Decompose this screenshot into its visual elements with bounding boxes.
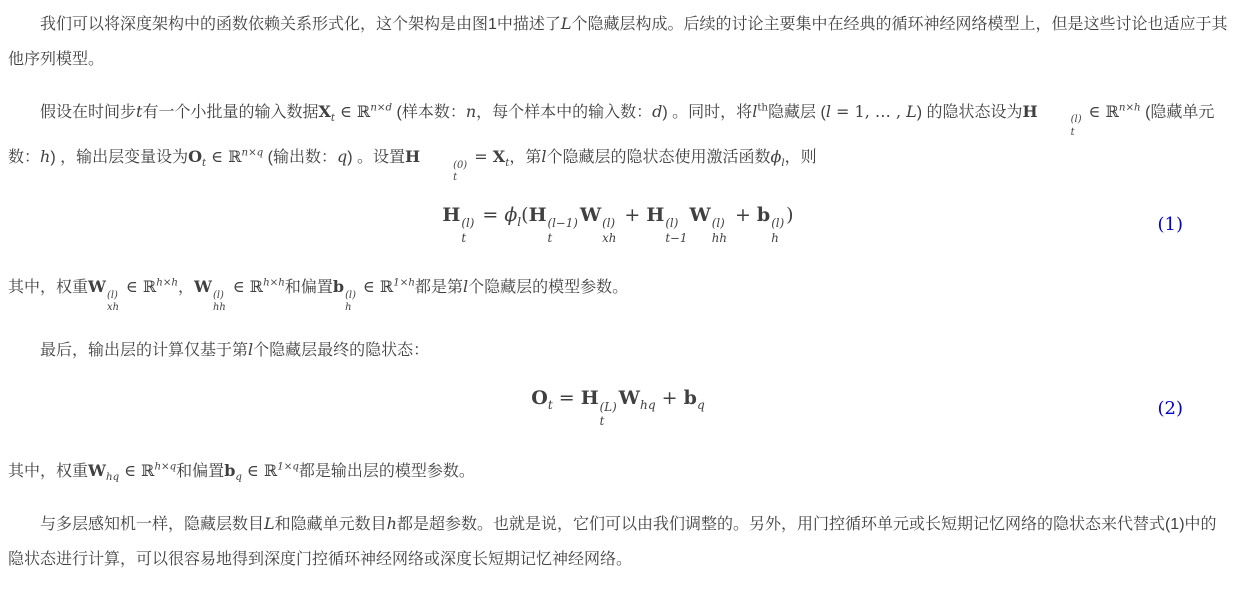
text-run: 假设在时间步 — [40, 104, 136, 121]
math-symbol-run: ℝh×h — [143, 277, 178, 296]
math-symbol-run: ℝn×h — [1106, 102, 1141, 121]
math-base: W — [194, 277, 212, 296]
math-subscript: h — [345, 302, 351, 314]
text-run: 个隐藏层最终的隐状态： — [253, 342, 429, 359]
math-scripts: (L)t — [600, 400, 617, 429]
math-bold-run: H(0)t — [405, 147, 469, 166]
math-symbol-run: = — [469, 147, 493, 166]
math-base: ℝ — [264, 461, 277, 480]
text-run: 其中，权重 — [8, 279, 88, 296]
math-subscript: t — [548, 231, 553, 246]
equation-1-number-link[interactable]: (1) — [1158, 216, 1184, 236]
math-base: ∈ — [121, 277, 143, 296]
math-base: ℝ — [1106, 102, 1119, 121]
math-base: h — [40, 147, 50, 166]
math-subscript: q — [697, 398, 705, 412]
math-symbol-run: ∈ — [121, 277, 143, 296]
math-base: ∈ — [335, 102, 357, 121]
math-subscript: xh — [107, 302, 119, 314]
math-symbol-run: ∈ — [1084, 102, 1106, 121]
math-base: L — [264, 514, 275, 533]
math-base: + — [729, 204, 757, 226]
math-base: W — [88, 461, 106, 480]
math-base: n — [466, 102, 476, 121]
math-base: ∈ — [1084, 102, 1106, 121]
math-bold-run: Ot — [531, 387, 552, 409]
math-symbol-run: + — [618, 204, 646, 226]
text-run: 与多层感知机一样，隐藏层数目 — [40, 516, 264, 533]
paragraph-hyperparams: 与多层感知机一样，隐藏层数目L和隐藏单元数目h都是超参数。也就是说，它们可以由我… — [8, 506, 1228, 577]
math-superscript: h×h — [156, 277, 178, 289]
math-symbol-run: = — [476, 204, 504, 226]
math-bold-run: Xt — [318, 102, 335, 121]
text-run: ， — [178, 279, 194, 296]
text-run: 个隐藏层的模型参数。 — [468, 279, 628, 296]
math-base: L — [906, 102, 917, 121]
math-symbol-run: ℝ1×q — [264, 461, 299, 480]
math-base: + — [618, 204, 646, 226]
math-superscript: (l) — [107, 290, 118, 302]
math-bold-run: Whq — [619, 387, 656, 409]
math-base: W — [689, 204, 710, 226]
math-superscript: (0) — [421, 160, 467, 172]
text-run: (样本数： — [392, 104, 466, 121]
math-base: = — [469, 147, 493, 166]
math-superscript: (l) — [602, 216, 615, 231]
math-superscript: n×d — [370, 102, 392, 114]
math-base: H — [405, 147, 420, 166]
text-run: 隐藏层 ( — [768, 104, 826, 121]
text-run: ，每个样本中的输入数： — [476, 104, 652, 121]
math-base: ∈ — [242, 461, 264, 480]
math-symbol-run: + — [656, 387, 684, 409]
math-superscript: (l) — [665, 216, 678, 231]
equation-1-body: H(l)t = ϕl(H(l−1)tW(l)xh + H(l)t−1W(l)hh… — [442, 205, 793, 246]
math-scripts: (l)hh — [712, 216, 727, 245]
math-subscript: hh — [712, 231, 727, 246]
math-base: ℝ — [141, 461, 154, 480]
math-var-run: q — [337, 147, 347, 166]
math-base: b — [224, 461, 235, 480]
math-base: W — [619, 387, 640, 409]
equation-1: H(l)t = ϕl(H(l−1)tW(l)xh + H(l)t−1W(l)hh… — [8, 201, 1228, 249]
math-symbol-run: + — [729, 204, 757, 226]
math-base: ℝ — [228, 147, 241, 166]
math-scripts: (l)t — [1039, 114, 1082, 139]
paragraph-intro: 我们可以将深度架构中的函数依赖关系形式化，这个架构是由图1中描述了L个隐藏层构成… — [8, 6, 1228, 77]
equation-2-number-link[interactable]: (2) — [1158, 399, 1184, 419]
math-base: b — [757, 204, 770, 226]
math-base: = 1, … , — [831, 102, 906, 121]
math-base: ∈ — [119, 461, 141, 480]
math-var-run: L — [561, 14, 572, 33]
math-scripts: (l)t — [461, 216, 474, 245]
math-base: ℝ — [380, 277, 393, 296]
math-var-run: ϕl — [770, 147, 784, 166]
text-run: 最后，输出层的计算仅基于第 — [40, 342, 248, 359]
math-superscript: th — [757, 102, 768, 114]
math-bold-run: W(l)xh — [580, 204, 619, 226]
math-bold-run: bq — [684, 387, 705, 409]
math-scripts: (l)t−1 — [665, 216, 687, 245]
math-bold-run: bq — [224, 461, 242, 480]
math-base: ∈ — [358, 277, 380, 296]
math-subscript: h — [771, 231, 779, 246]
math-base: H — [529, 204, 547, 226]
math-base: q — [337, 147, 347, 166]
math-superscript: 1×h — [393, 277, 415, 289]
math-base: H — [646, 204, 664, 226]
paragraph-setup: 假设在时间步t有一个小批量的输入数据Xt ∈ ℝn×d (样本数：n，每个样本中… — [8, 94, 1228, 184]
text-run: ) ，输出层变量设为 — [50, 149, 188, 166]
math-bold-run: H(l)t — [442, 204, 476, 226]
math-symbol-run: ℝn×d — [357, 102, 392, 121]
math-base: ϕ — [504, 204, 517, 226]
math-base: ( — [521, 204, 528, 226]
math-bold-run: H(L)t — [581, 387, 619, 409]
math-bold-run: Xt — [493, 147, 510, 166]
math-subscript: t−1 — [665, 231, 687, 246]
math-superscript: (l) — [345, 290, 356, 302]
math-bold-run: H(l−1)t — [529, 204, 580, 226]
math-bold-run: W(l)xh — [88, 277, 121, 296]
math-scripts: (l)xh — [107, 290, 119, 315]
math-subscript: t — [1039, 127, 1075, 139]
math-symbol-run: ∈ — [228, 277, 250, 296]
text-run: ，第 — [509, 149, 541, 166]
math-superscript: n×q — [241, 147, 263, 159]
math-base: H — [442, 204, 460, 226]
math-scripts: (0)t — [421, 160, 467, 185]
math-scripts: (l)h — [345, 290, 356, 315]
math-base: d — [652, 102, 662, 121]
math-symbol-run: ℝh×h — [250, 277, 285, 296]
text-run: 和偏置 — [285, 279, 333, 296]
text-run: 其中，权重 — [8, 463, 88, 480]
math-bold-run: W(l)hh — [689, 204, 729, 226]
math-superscript: (L) — [600, 400, 617, 415]
math-scripts: (l)xh — [602, 216, 616, 245]
paragraph-output-intro: 最后，输出层的计算仅基于第l个隐藏层最终的隐状态： — [8, 332, 1228, 368]
text-run: 有一个小批量的输入数据 — [142, 104, 318, 121]
math-symbol-run: ) — [786, 204, 793, 226]
math-superscript: h×h — [263, 277, 285, 289]
math-base: h — [387, 514, 397, 533]
math-bold-run: Ot — [188, 147, 206, 166]
math-var-run: h — [40, 147, 50, 166]
math-base: W — [580, 204, 601, 226]
math-base: = — [476, 204, 504, 226]
math-symbol-run: ∈ — [242, 461, 264, 480]
text-run: 我们可以将深度架构中的函数依赖关系形式化，这个架构是由图1中描述了 — [40, 16, 561, 33]
math-base: O — [188, 147, 202, 166]
math-base: ) — [786, 204, 793, 226]
math-subscript: t — [600, 414, 605, 429]
text-run: 个隐藏层的隐状态使用激活函数 — [546, 149, 770, 166]
math-symbol-run: ℝ1×h — [380, 277, 415, 296]
math-bold-run: H(l)t — [1023, 102, 1084, 121]
math-base: ∈ — [206, 147, 228, 166]
math-superscript: h×q — [154, 460, 176, 472]
text-run: 都是第 — [415, 279, 463, 296]
math-symbol-run: = — [553, 387, 581, 409]
math-superscript: (l−1) — [548, 216, 578, 231]
math-base: ℝ — [357, 102, 370, 121]
math-subscript: xh — [602, 231, 616, 246]
math-var-run: d — [652, 102, 662, 121]
paragraph-output-params: 其中，权重Whq ∈ ℝh×q和偏置bq ∈ ℝ1×q都是输出层的模型参数。 — [8, 453, 1228, 489]
text-run: ) 。设置 — [347, 149, 405, 166]
math-bold-run: H(l)t−1 — [646, 204, 689, 226]
document-body: 我们可以将深度架构中的函数依赖关系形式化，这个架构是由图1中描述了L个隐藏层构成… — [0, 0, 1238, 598]
math-subscript: hq — [106, 471, 119, 483]
math-base: ∈ — [228, 277, 250, 296]
text-run: 和偏置 — [176, 463, 224, 480]
math-subscript: hh — [213, 302, 226, 314]
text-run: 和隐藏单元数目 — [275, 516, 387, 533]
math-base: X — [493, 147, 505, 166]
math-symbol-run: ℝn×q — [228, 147, 263, 166]
math-bold-run: Whq — [88, 461, 119, 480]
math-symbol-run: ( — [521, 204, 528, 226]
text-run: ) 的隐状态设为 — [917, 104, 1023, 121]
text-run: 都是输出层的模型参数。 — [299, 463, 475, 480]
math-base: H — [581, 387, 599, 409]
math-superscript: (l) — [213, 290, 224, 302]
math-base: b — [684, 387, 697, 409]
math-superscript: (l) — [712, 216, 725, 231]
math-var-run: ϕl — [504, 204, 521, 226]
math-var-run: L — [906, 102, 917, 121]
text-run: ，则 — [785, 149, 817, 166]
math-subscript: hq — [640, 398, 656, 412]
math-var-run: L — [264, 514, 275, 533]
math-scripts: (l−1)t — [548, 216, 578, 245]
math-base: L — [561, 14, 572, 33]
math-superscript: (l) — [461, 216, 474, 231]
math-symbol-run: = 1, … , — [831, 102, 906, 121]
math-symbol-run: ∈ — [358, 277, 380, 296]
math-superscript: n×h — [1119, 102, 1141, 114]
math-symbol-run: ∈ — [119, 461, 141, 480]
text-run: ) 。同时，将 — [662, 104, 752, 121]
math-bold-run: b(l)h — [757, 204, 786, 226]
math-scripts: (l)hh — [213, 290, 226, 315]
math-var-run: lth — [752, 102, 768, 121]
math-bold-run: W(l)hh — [194, 277, 228, 296]
math-superscript: (l) — [1039, 114, 1082, 126]
equation-2-body: Ot = H(L)tWhq + bq — [531, 388, 704, 429]
math-scripts: (l)h — [771, 216, 784, 245]
math-base: ℝ — [143, 277, 156, 296]
math-base: O — [531, 387, 548, 409]
math-symbol-run: ℝh×q — [141, 461, 176, 480]
math-base: W — [88, 277, 106, 296]
math-subscript: t — [461, 231, 466, 246]
math-base: ϕ — [770, 147, 781, 166]
math-superscript: (l) — [771, 216, 784, 231]
math-symbol-run: ∈ — [206, 147, 228, 166]
math-subscript: t — [421, 172, 457, 184]
text-run: (输出数： — [263, 149, 337, 166]
math-base: H — [1023, 102, 1038, 121]
math-bold-run: b(l)h — [333, 277, 358, 296]
math-base: X — [318, 102, 330, 121]
math-base: ℝ — [250, 277, 263, 296]
math-base: + — [656, 387, 684, 409]
math-superscript: 1×q — [277, 460, 299, 472]
equation-2: Ot = H(L)tWhq + bq(2) — [8, 385, 1228, 433]
math-symbol-run: ∈ — [335, 102, 357, 121]
math-base: b — [333, 277, 344, 296]
math-var-run: n — [466, 102, 476, 121]
math-base: = — [553, 387, 581, 409]
math-var-run: h — [387, 514, 397, 533]
paragraph-hidden-params: 其中，权重W(l)xh ∈ ℝh×h，W(l)hh ∈ ℝh×h和偏置b(l)h… — [8, 269, 1228, 314]
